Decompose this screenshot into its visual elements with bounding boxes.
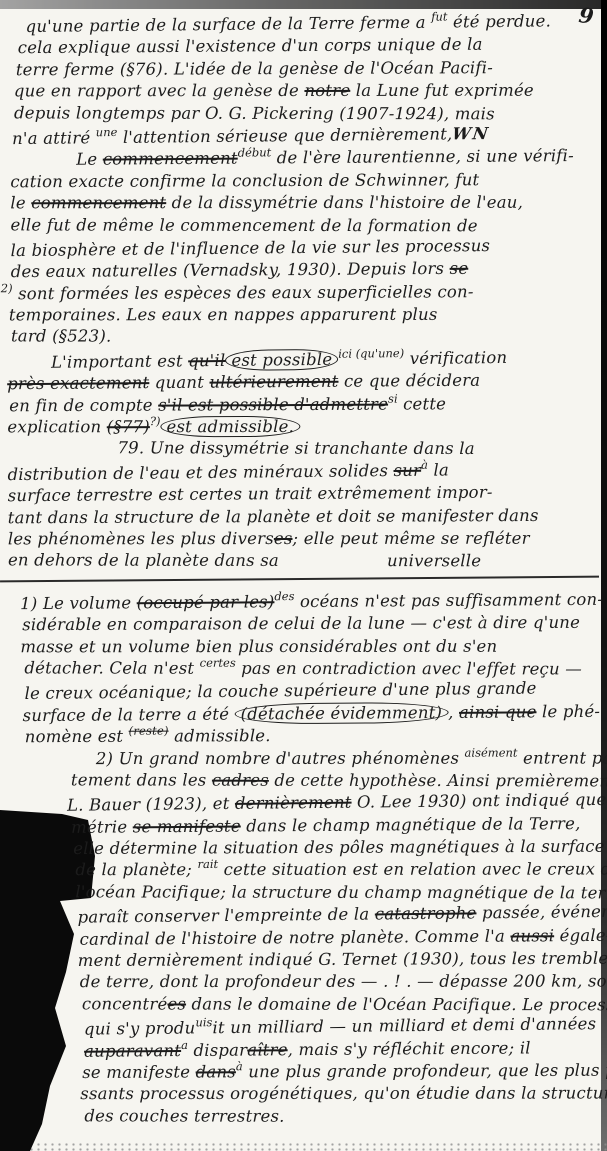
text: le: [10, 193, 31, 212]
text: été perdue.: [447, 11, 551, 31]
struck-text: catastrophe: [375, 904, 477, 924]
text: explication: [7, 417, 106, 436]
text-line: cation exacte confirme la conclusion de …: [10, 168, 597, 193]
text-line: cardinal de l'histoire de notre planète.…: [80, 924, 601, 950]
text: masse et un volume bien plus considérabl…: [20, 636, 497, 656]
struck-text: auparavant: [84, 1041, 181, 1061]
text: les phénomènes les plus divers: [8, 529, 274, 548]
margin-scribble: WN: [451, 123, 492, 146]
text: elle détermine la situation des pôles ma…: [73, 837, 605, 858]
inserted-text: à: [236, 1059, 243, 1073]
text: dans le domaine de l'Océan Pacifique. Le…: [186, 994, 607, 1014]
text: détacher. Cela n'est: [24, 658, 199, 677]
text: dispar: [188, 1040, 247, 1059]
struck-text: dernièrement: [235, 793, 352, 813]
text: ment dernièrement indiqué G. Ternet (193…: [78, 948, 607, 970]
struck-text: qu'il: [188, 351, 225, 370]
inserted-text: des: [274, 589, 294, 603]
struck-text: (§77): [107, 417, 150, 436]
text-line: de la planète; rait cette situation est …: [75, 859, 600, 882]
inserted-text: uis: [195, 1015, 212, 1029]
text: de cette hypothèse. Ainsi premièrement: [269, 771, 607, 791]
struck-text: s'il est possible d'admettre: [158, 394, 388, 414]
text-line: le commencement de la dissymétrie dans l…: [10, 192, 597, 215]
text-line: tard (§523).: [11, 326, 598, 350]
text: , mais s'y réfléchit encore; il: [288, 1038, 531, 1059]
text: de l'ère laurentienne, si une vérifi-: [271, 146, 574, 167]
text: des couches terrestres.: [84, 1106, 284, 1125]
text: la Lune fut exprimée: [350, 81, 534, 100]
inserted-text: à: [421, 457, 428, 471]
struck-text: aussi: [510, 926, 554, 945]
text: océans n'est pas suffisamment con-: [294, 590, 603, 611]
text: cation exacte confirme la conclusion de …: [10, 170, 479, 191]
text-line: explication (§77)?)est admissible.: [7, 416, 598, 439]
inserted-text: ?): [150, 414, 161, 428]
text: entrent parfai-: [518, 748, 607, 767]
text-line: en fin de compte s'il est possible d'adm…: [9, 392, 598, 417]
text: sont formées les espèces des eaux superf…: [13, 282, 474, 303]
text-line: ment dernièrement indiqué G. Ternet (193…: [78, 948, 601, 973]
inserted-text: rait: [197, 857, 218, 871]
inserted-text: ici (qu'une): [338, 346, 404, 361]
struck-text: ultérieurement: [209, 372, 338, 392]
text-line: de terre, dont la profondeur des — . ! .…: [80, 971, 601, 994]
struck-text: (occupé par les): [137, 592, 275, 612]
text: qu'une partie de la surface de la Terre …: [26, 13, 432, 36]
text: universelle: [387, 552, 481, 571]
text: admissible.: [169, 726, 271, 745]
struck-text: notre: [304, 81, 350, 100]
inserted-text: certes: [200, 656, 236, 670]
scan-edge-bottom: [0, 1142, 607, 1151]
text: l'attention sérieuse que dernièrement,: [117, 124, 452, 147]
text-line: elle détermine la situation des pôles ma…: [73, 836, 600, 861]
text: en dehors de la planète dans sa: [8, 551, 279, 571]
text: égale-: [554, 925, 607, 944]
inserted-text: début: [238, 146, 272, 160]
text-line: auparavanta disparaître, mais s'y réfléc…: [84, 1036, 601, 1062]
text: qui s'y produ: [84, 1019, 196, 1039]
text: de la dissymétrie dans l'histoire de l'e…: [166, 193, 523, 212]
text: paraît conserver l'empreinte de la: [77, 905, 375, 927]
struck-text: dans: [196, 1062, 236, 1081]
text: pas en contradiction avec l'effet reçu —: [236, 659, 582, 679]
text: sidérable en comparaison de celui de la …: [22, 613, 580, 634]
inserted-text: une: [96, 125, 118, 139]
text: elle fut de même le commencement de la f…: [10, 215, 477, 235]
text-line: sidérable en comparaison de celui de la …: [22, 612, 599, 637]
text: O. Lee 1930) ont indiqué que la dissy-: [351, 789, 607, 812]
footnote-separator: [0, 575, 599, 590]
text: que en rapport avec la genèse de: [14, 81, 305, 100]
text: concentré: [82, 994, 168, 1013]
text-line: métrie se manifeste dans le champ magnét…: [71, 813, 600, 839]
text-line: tant dans la structure de la planète et …: [8, 504, 599, 529]
text-line: en dehors de la planète dans sauniversel…: [8, 550, 599, 574]
text: ssants processus orogénétiques, qu'on ét…: [80, 1084, 607, 1104]
struck-text: près exactement: [7, 373, 149, 393]
text: L. Bauer (1923), et: [67, 794, 235, 815]
text: quant: [149, 373, 209, 392]
text: cela explique aussi l'existence d'un cor…: [18, 35, 483, 57]
text: 2) Un grand nombre d'autres phénomènes: [96, 748, 465, 767]
text: passée, événement: [476, 902, 607, 923]
struck-text: aître: [247, 1040, 288, 1059]
struck-text: es: [274, 529, 293, 548]
text-line: des couches terrestres.: [84, 1105, 601, 1128]
text: distribution de l'eau et des minéraux so…: [7, 461, 393, 484]
handwritten-text: qu'une partie de la surface de la Terre …: [0, 12, 601, 1130]
text: en fin de compte: [9, 395, 158, 415]
text: ; elle peut même se refléter: [292, 529, 529, 548]
text: une plus grande profondeur, que les plus…: [243, 1060, 607, 1081]
text-line: temporaines. Les eaux en nappes apparure…: [9, 304, 598, 327]
inserted-struck-text: (reste): [129, 724, 169, 738]
text: terre ferme (§76). L'idée de la genèse d…: [16, 58, 493, 79]
text: 79. Une dissymétrie si tranchante dans l…: [117, 439, 474, 459]
text: ce que décidera: [338, 371, 480, 391]
manuscript-page: 9 qu'une partie de la surface de la Terr…: [0, 0, 607, 1151]
text: temporaines. Les eaux en nappes apparure…: [9, 305, 438, 325]
text: de terre, dont la profondeur des — . ! .…: [80, 972, 607, 992]
text-line: 2) Un grand nombre d'autres phénomènes a…: [96, 747, 600, 770]
text: des eaux naturelles (Vernadsky, 1930). D…: [11, 259, 450, 281]
inserted-text: fut: [431, 9, 447, 23]
text: le phé-: [536, 702, 600, 721]
text: cardinal de l'histoire de notre planète.…: [80, 926, 511, 948]
inserted-text: aisément: [465, 745, 518, 759]
text: la: [428, 460, 449, 479]
inserted-text: si: [388, 391, 398, 405]
text: n'a attiré: [12, 128, 96, 148]
text: surface de la terre a été: [23, 704, 235, 725]
circled-text: est possible: [225, 349, 338, 371]
text-line: les phénomènes les plus diverses; elle p…: [8, 528, 599, 551]
text: nomène est: [25, 727, 129, 746]
struck-text: commencement: [103, 149, 238, 169]
inserted-text: 2): [1, 281, 13, 295]
text: vérification: [404, 348, 507, 368]
scan-edge-top: [0, 0, 607, 9]
text: tant dans la structure de la planète et …: [8, 506, 539, 527]
struck-text: es: [167, 994, 186, 1013]
text-line: Le commencementdébut de l'ère laurentien…: [76, 145, 597, 171]
text-line: ssants processus orogénétiques, qu'on ét…: [80, 1083, 601, 1106]
struck-text: cadres: [212, 770, 269, 789]
text-line: masse et un volume bien plus considérabl…: [20, 635, 599, 658]
text: le creux océanique; la couche supérieure…: [24, 679, 536, 703]
struck-text: sur: [393, 461, 421, 480]
text: Le: [76, 150, 103, 169]
text-line: terre ferme (§76). L'idée de la genèse d…: [16, 56, 597, 81]
text-line: 2) sont formées les espèces des eaux sup…: [1, 280, 598, 305]
struck-text: se: [450, 259, 469, 278]
circled-text: est admissible.: [161, 416, 301, 437]
text: tement dans les: [71, 770, 212, 789]
text: la biosphère et de l'influence de la vie…: [11, 236, 491, 260]
text: dans le champ magnétique de la Terre,: [241, 814, 581, 836]
text: depuis longtemps par O. G. Pickering (19…: [14, 103, 495, 123]
text: se manifeste: [82, 1062, 196, 1081]
inserted-text: a: [181, 1038, 188, 1052]
struck-text: ainsi que: [459, 702, 537, 722]
struck-text: commencement: [31, 193, 166, 212]
text: surface terrestre est certes un trait ex…: [8, 483, 493, 506]
text: métrie: [71, 817, 133, 836]
text: L'important est: [51, 351, 188, 371]
text-line: se manifeste dansà une plus grande profo…: [82, 1060, 601, 1085]
text: cette situation est en relation avec le …: [218, 860, 607, 879]
text: de la planète;: [75, 860, 197, 879]
text: 1) Le volume: [20, 593, 137, 613]
text: cette: [398, 394, 447, 413]
struck-text: se manifeste: [133, 816, 241, 836]
text: ,: [448, 703, 459, 722]
text: tard (§523).: [11, 327, 111, 346]
text: l'océan Pacifique; la structure du champ…: [75, 882, 607, 902]
text-line: 79. Une dissymétrie si tranchante dans l…: [117, 438, 598, 461]
circled-text: (détachée évidemment): [235, 702, 449, 725]
text: it un milliard — un milliard et demi d'a…: [212, 1014, 596, 1037]
text-line: que en rapport avec la genèse de notre l…: [14, 80, 597, 103]
